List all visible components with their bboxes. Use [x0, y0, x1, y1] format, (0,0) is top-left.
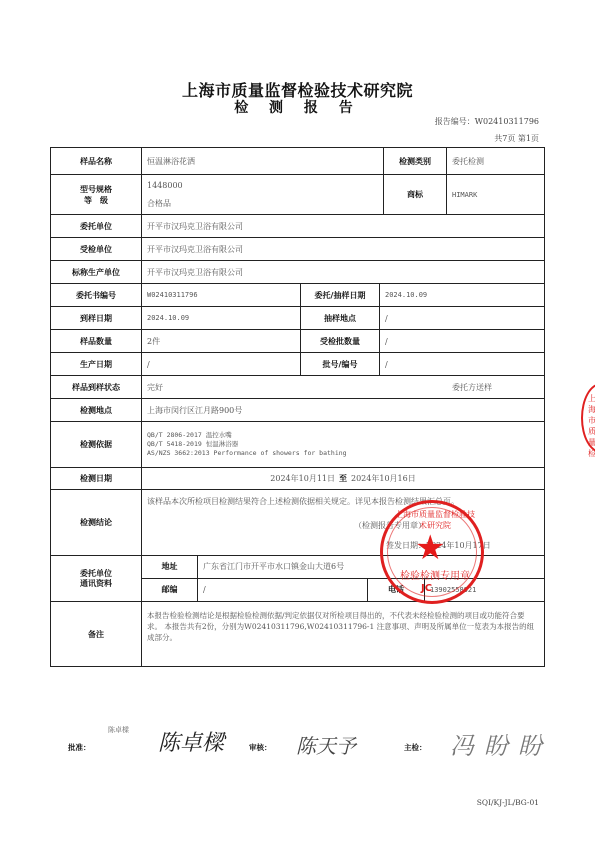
row-sample-name: 样品名称 恒温淋浴花洒 检测类别 委托检测	[51, 148, 544, 175]
commission-date-value: 2024.10.09	[380, 284, 544, 306]
conclusion-text: 该样品本次所检项目检测结果符合上述检测依据相关规定。详见本报告检测结果汇总页。	[147, 496, 459, 507]
row-remarks: 备注 本报告检验检测结论是根据检验检测依据/判定依据仅对所检项目得出的，不代表未…	[51, 602, 544, 666]
report-number-value: W02410311796	[475, 117, 539, 126]
model-value: 1448000	[147, 177, 183, 195]
approver-printed-name: 陈卓樑	[108, 725, 129, 735]
contact-details: 地址 广东省江门市开平市水口镇金山大道6号 邮编 / 电话 1390255892…	[142, 556, 544, 601]
approve-label: 批准：	[68, 742, 91, 753]
model-label: 型号规格	[80, 184, 112, 195]
test-type-label: 检测类别	[384, 148, 447, 174]
postcode-value: /	[198, 579, 368, 601]
batch-no-value: /	[380, 353, 544, 375]
test-site-value: 上海市闵行区江月路900号	[142, 399, 544, 421]
sample-qty-value: 2件	[142, 330, 301, 352]
arrival-date-value: 2024.10.09	[142, 307, 301, 329]
sample-name-label: 样品名称	[51, 148, 142, 174]
test-basis-label: 检测依据	[51, 422, 142, 467]
contact-label-line2: 通讯资料	[80, 579, 112, 589]
document-title: 检 测 报 告	[0, 97, 595, 117]
row-commission: 委托书编号 W02410311796 委托/抽样日期 2024.10.09	[51, 284, 544, 307]
page-info: 共7页 第1页	[494, 133, 539, 144]
phone-value: 13902558921	[425, 579, 544, 601]
contact-label-line1: 委托单位	[80, 569, 112, 579]
sampling-site-value: /	[380, 307, 544, 329]
issue-date-label: 签发日期：	[386, 541, 426, 550]
address-row: 地址 广东省江门市开平市水口镇金山大道6号	[142, 556, 544, 579]
batch-qty-label: 受检批数量	[301, 330, 380, 352]
report-number: 报告编号：W02410311796	[435, 116, 539, 127]
approver-signature: 陈卓樑	[158, 726, 224, 757]
conclusion-label: 检测结论	[51, 490, 142, 555]
edge-seal: 上海市质量检	[581, 383, 595, 453]
postcode-row: 邮编 / 电话 13902558921	[142, 579, 544, 601]
grade-value: 合格品	[147, 195, 171, 213]
test-date-to: 2024年10月16日	[351, 473, 416, 484]
arrival-state-note: 委托方送样	[452, 382, 492, 393]
phone-label: 电话	[368, 579, 425, 601]
remarks-text: 本报告检验检测结论是根据检验检测依据/判定依据仅对所检项目得出的，不代表未经检验…	[142, 602, 544, 666]
row-test-basis: 检测依据 QB/T 2806-2017 温控水嘴 QB/T 5418-2019 …	[51, 422, 544, 468]
conclusion-body: 该样品本次所检项目检测结果符合上述检测依据相关规定。详见本报告检测结果汇总页。 …	[142, 490, 544, 555]
row-model-grade: 型号规格 等 级 1448000 合格品 商标 HIMARK	[51, 175, 544, 215]
inspected-label: 受检单位	[51, 238, 142, 260]
remarks-label: 备注	[51, 602, 142, 666]
commission-no-value: W02410311796	[142, 284, 301, 306]
test-basis-item: QB/T 2806-2017 温控水嘴	[147, 431, 232, 440]
row-manufacturer: 标称生产单位 开平市汉玛克卫浴有限公司	[51, 261, 544, 284]
sample-qty-label: 样品数量	[51, 330, 142, 352]
production-date-label: 生产日期	[51, 353, 142, 375]
test-site-label: 检测地点	[51, 399, 142, 421]
signature-row: 陈卓樑 批准： 陈卓樑 审核： 陈天予 主检： 冯盼盼	[0, 720, 595, 770]
test-basis-item: AS/NZS 3662:2013 Performance of showers …	[147, 449, 347, 458]
row-client: 委托单位 开平市汉玛克卫浴有限公司	[51, 215, 544, 238]
edge-seal-text: 上海市质量检	[588, 393, 595, 459]
test-date-from: 2024年10月11日	[270, 473, 335, 484]
arrival-date-label: 到样日期	[51, 307, 142, 329]
row-test-site: 检测地点 上海市闵行区江月路900号	[51, 399, 544, 422]
batch-qty-value: /	[380, 330, 544, 352]
test-basis-list: QB/T 2806-2017 温控水嘴 QB/T 5418-2019 恒温淋浴器…	[142, 422, 544, 467]
arrival-state-label: 样品到样状态	[51, 376, 142, 398]
test-type-value: 委托检测	[447, 148, 544, 174]
issue-date-value: 2024年10月17日	[426, 541, 491, 550]
chief-label: 主检：	[404, 742, 427, 753]
test-date-label: 检测日期	[51, 468, 142, 489]
manufacturer-label: 标称生产单位	[51, 261, 142, 283]
seal-note: （检测报告专用章）	[354, 520, 426, 531]
arrival-state-value: 完好 委托方送样	[142, 376, 544, 398]
commission-date-label: 委托/抽样日期	[301, 284, 380, 306]
sample-name-value: 恒温淋浴花洒	[142, 148, 384, 174]
commission-no-label: 委托书编号	[51, 284, 142, 306]
client-label: 委托单位	[51, 215, 142, 237]
review-label: 审核：	[249, 742, 272, 753]
issue-date: 签发日期：2024年10月17日	[386, 540, 491, 551]
model-grade-value: 1448000 合格品	[142, 175, 384, 214]
row-contact: 委托单位 通讯资料 地址 广东省江门市开平市水口镇金山大道6号 邮编 / 电话 …	[51, 556, 544, 602]
contact-label: 委托单位 通讯资料	[51, 556, 142, 601]
row-test-date: 检测日期 2024年10月11日 至 2024年10月16日	[51, 468, 544, 490]
arrival-state-text: 完好	[147, 382, 163, 393]
inspected-value: 开平市汉玛克卫浴有限公司	[142, 238, 544, 260]
row-arrival-state: 样品到样状态 完好 委托方送样	[51, 376, 544, 399]
report-number-label: 报告编号：	[435, 117, 475, 126]
row-production: 生产日期 / 批号/编号 /	[51, 353, 544, 376]
test-basis-item: QB/T 5418-2019 恒温淋浴器	[147, 440, 238, 449]
sampling-site-label: 抽样地点	[301, 307, 380, 329]
chief-signature: 冯盼盼	[450, 726, 552, 761]
form-code: SQI/KJ-JL/BG-01	[477, 798, 539, 807]
test-date-to-label: 至	[339, 473, 347, 484]
row-conclusion: 检测结论 该样品本次所检项目检测结果符合上述检测依据相关规定。详见本报告检测结果…	[51, 490, 544, 556]
trademark-value: HIMARK	[447, 175, 544, 214]
manufacturer-value: 开平市汉玛克卫浴有限公司	[142, 261, 544, 283]
address-value: 广东省江门市开平市水口镇金山大道6号	[198, 556, 544, 578]
reviewer-signature: 陈天予	[296, 730, 356, 759]
address-label: 地址	[142, 556, 198, 578]
batch-no-label: 批号/编号	[301, 353, 380, 375]
model-grade-label: 型号规格 等 级	[51, 175, 142, 214]
test-date-value: 2024年10月11日 至 2024年10月16日	[142, 468, 544, 489]
postcode-label: 邮编	[142, 579, 198, 601]
row-inspected: 受检单位 开平市汉玛克卫浴有限公司	[51, 238, 544, 261]
row-quantity: 样品数量 2件 受检批数量 /	[51, 330, 544, 353]
grade-label: 等 级	[84, 195, 108, 206]
row-arrival: 到样日期 2024.10.09 抽样地点 /	[51, 307, 544, 330]
trademark-label: 商标	[384, 175, 447, 214]
client-value: 开平市汉玛克卫浴有限公司	[142, 215, 544, 237]
production-date-value: /	[142, 353, 301, 375]
report-table: 样品名称 恒温淋浴花洒 检测类别 委托检测 型号规格 等 级 1448000 合…	[50, 147, 545, 667]
